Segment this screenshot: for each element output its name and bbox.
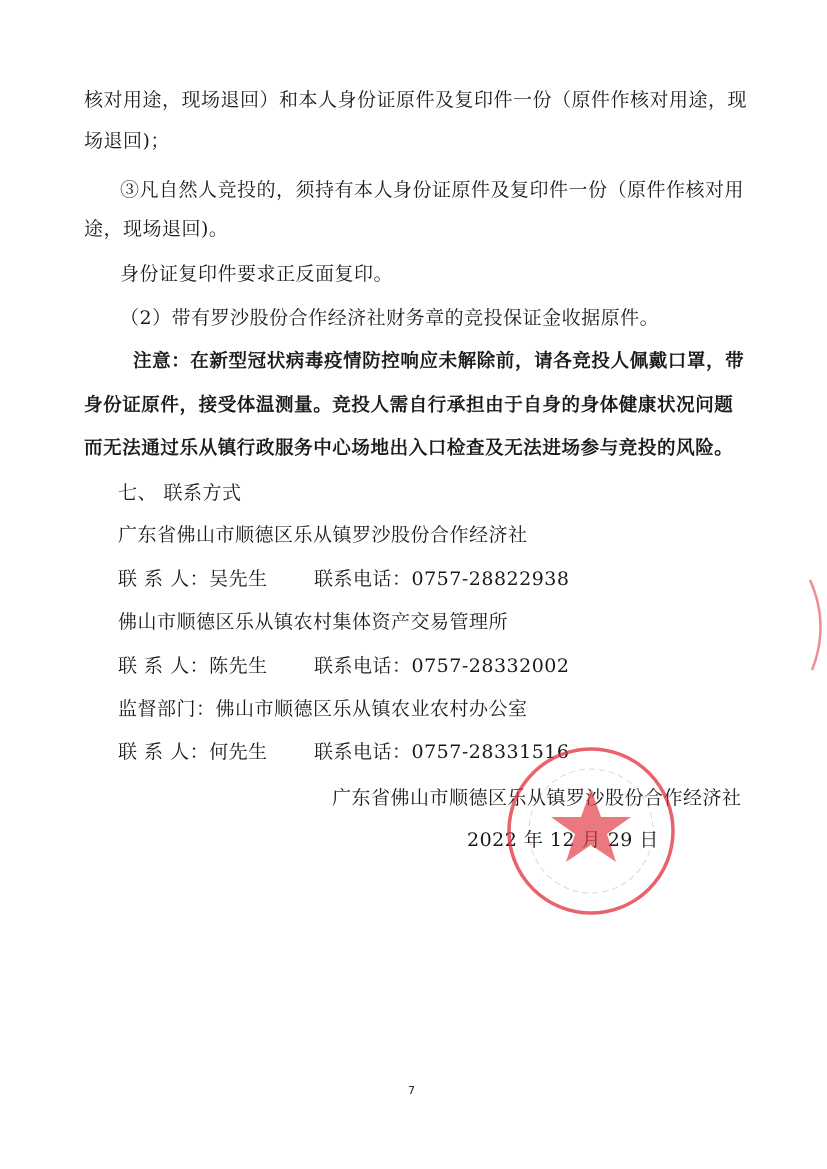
contact-person: 联 系 人：吴先生 <box>118 567 314 591</box>
notice-line: 而无法通过乐从镇行政服务中心场地出入口检查及无法进场参与竞投的风险。 <box>84 437 733 461</box>
org-name: 佛山市顺德区乐从镇农村集体资产交易管理所 <box>118 610 508 634</box>
contact-person: 联 系 人：何先生 <box>118 740 314 764</box>
contact-row: 联 系 人：吴先生联系电话：0757-28822938 <box>118 567 569 591</box>
contact-person: 联 系 人：陈先生 <box>118 654 314 678</box>
org-name: 广东省佛山市顺德区乐从镇罗沙股份合作经济社 <box>118 523 528 547</box>
section-heading: 七、 联系方式 <box>118 481 242 505</box>
contact-phone: 联系电话：0757-28332002 <box>314 655 569 677</box>
seam-stamp-icon <box>800 575 827 675</box>
page-number: 7 <box>408 1084 415 1097</box>
body-line: 场退回)； <box>84 129 170 153</box>
body-line: 身份证复印件要求正反面复印。 <box>120 262 393 286</box>
body-line: 途，现场退回)。 <box>84 217 228 241</box>
contact-phone: 联系电话：0757-28822938 <box>314 568 569 590</box>
signature-date: 2022 年 12 月 29 日 <box>467 828 659 852</box>
supervisor-dept: 监督部门：佛山市顺德区乐从镇农业农村办公室 <box>118 697 528 721</box>
body-line: 核对用途，现场退回）和本人身份证原件及复印件一份（原件作核对用途，现 <box>84 88 747 112</box>
body-line: ③凡自然人竞投的，须持有本人身份证原件及复印件一份（原件作核对用 <box>120 178 744 202</box>
contact-row: 联 系 人：何先生联系电话：0757-28331516 <box>118 740 569 764</box>
contact-row: 联 系 人：陈先生联系电话：0757-28332002 <box>118 654 569 678</box>
notice-line: 注意：在新型冠状病毒疫情防控响应未解除前，请各竞投人佩戴口罩，带 <box>133 350 744 374</box>
notice-line: 身份证原件，接受体温测量。竞投人需自行承担由于自身的身体健康状况问题 <box>84 394 733 418</box>
contact-phone: 联系电话：0757-28331516 <box>314 741 569 763</box>
body-line: （2）带有罗沙股份合作经济社财务章的竞投保证金收据原件。 <box>120 306 659 330</box>
signature-org: 广东省佛山市顺德区乐从镇罗沙股份合作经济社 <box>332 786 742 810</box>
